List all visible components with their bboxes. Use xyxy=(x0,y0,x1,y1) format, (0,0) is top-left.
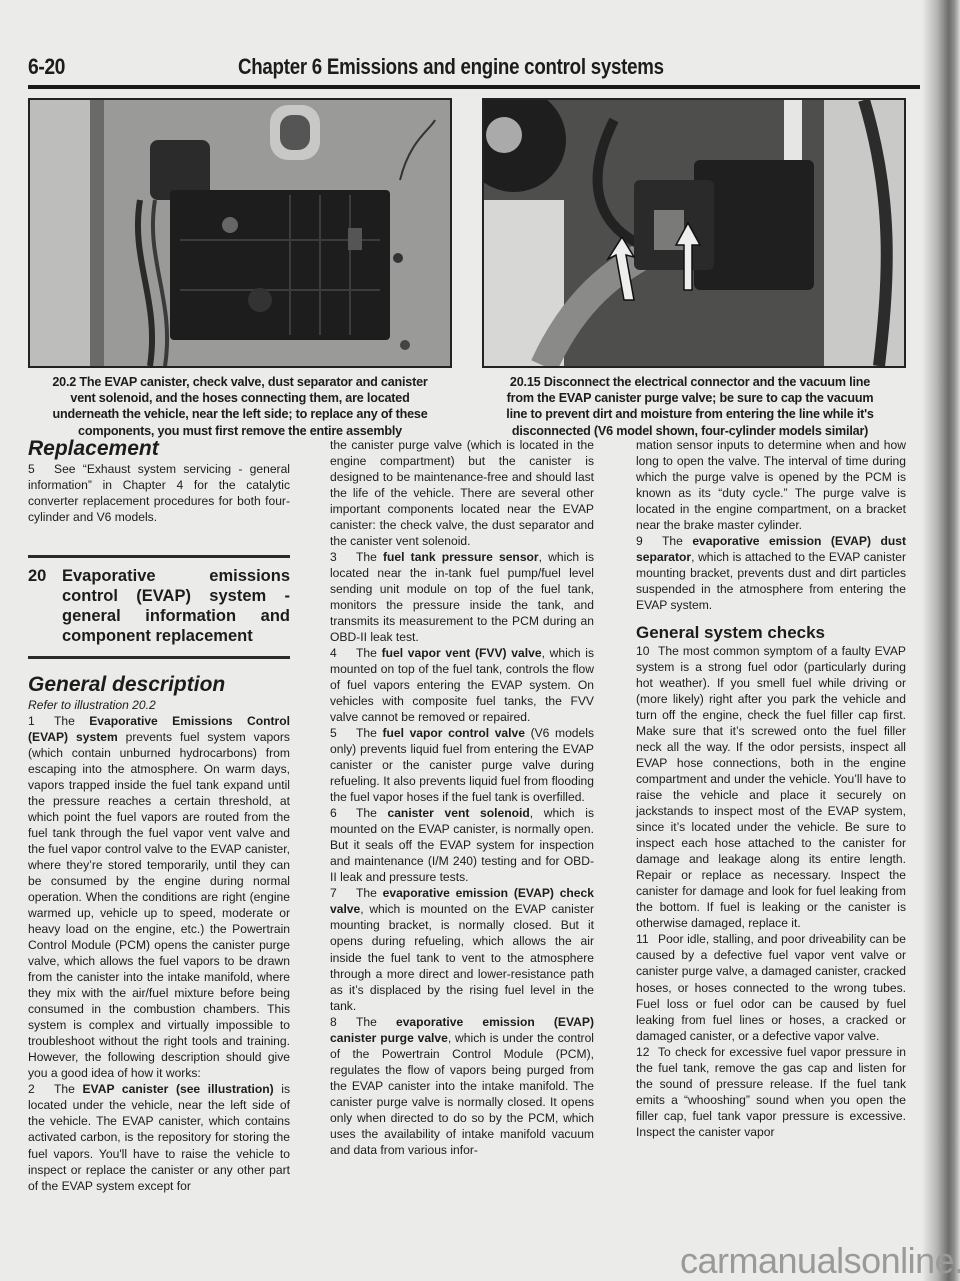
text: , which is under the control of the Powe… xyxy=(330,1031,594,1157)
figure-20-2-caption: 20.2 The EVAP canister, check valve, dus… xyxy=(20,374,460,439)
bold-term: fuel vapor control valve xyxy=(382,726,525,740)
section-number: 20 xyxy=(28,566,62,646)
page-header: 6-20 Chapter 6 Emissions and engine cont… xyxy=(28,50,918,80)
paragraph-12: 12To check for excessive fuel vapor pres… xyxy=(636,1044,906,1140)
paragraph-6: 6The canister vent solenoid, which is mo… xyxy=(330,805,594,885)
caption-line: from the EVAP canister purge valve; be s… xyxy=(470,390,910,406)
purge-valve-photo-icon xyxy=(484,100,904,366)
page-number: 6-20 xyxy=(28,54,65,80)
text: The xyxy=(54,1082,82,1096)
watermark: carmanualsonline.info xyxy=(680,1240,960,1281)
figure-20-15-photo xyxy=(482,98,906,368)
general-system-checks-heading: General system checks xyxy=(636,623,906,643)
paragraph-number: 4 xyxy=(330,645,356,661)
caption-line: vent solenoid, and the hoses connecting … xyxy=(20,390,460,406)
evap-canister-photo-icon xyxy=(30,100,450,366)
paragraph-number: 10 xyxy=(636,643,658,659)
paragraph-3: 3The fuel tank pressure sensor, which is… xyxy=(330,549,594,645)
paragraph-10: 10The most common symptom of a faulty EV… xyxy=(636,643,906,931)
paragraph-9: 9The evaporative emission (EVAP) dust se… xyxy=(636,533,906,613)
text: The xyxy=(356,646,382,660)
paragraph-1: 1The Evaporative Emissions Control (EVAP… xyxy=(28,713,290,1081)
text: , which is located near the in-tank fuel… xyxy=(330,550,594,644)
text: The xyxy=(662,534,692,548)
paragraph-4: 4The fuel vapor vent (FVV) valve, which … xyxy=(330,645,594,725)
text: To check for excessive fuel vapor pressu… xyxy=(636,1045,906,1139)
paragraph-8-head: 8The evaporative emission (EVAP) caniste… xyxy=(330,1014,594,1158)
text: The xyxy=(356,1015,396,1029)
chapter-title: Chapter 6 Emissions and engine control s… xyxy=(238,54,664,80)
paragraph-8-tail: mation sensor inputs to determine when a… xyxy=(636,437,906,533)
section-title: Evaporative emissions control (EVAP) sys… xyxy=(62,566,290,646)
paragraph-5-valve: 5The fuel vapor control valve (V6 models… xyxy=(330,725,594,805)
paragraph-text: See “Exhaust system servicing - general … xyxy=(28,462,290,524)
text: The xyxy=(356,726,382,740)
paragraph-number: 2 xyxy=(28,1081,54,1097)
paragraph-number: 6 xyxy=(330,805,356,821)
bold-term: canister vent solenoid xyxy=(387,806,529,820)
bold-term: EVAP canister (see illustration) xyxy=(82,1082,273,1096)
paragraph-number: 3 xyxy=(330,549,356,565)
header-rule xyxy=(28,85,920,89)
paragraph-number: 7 xyxy=(330,885,356,901)
text: Poor idle, stalling, and poor driveabili… xyxy=(636,932,906,1042)
figure-20-2-photo xyxy=(28,98,452,368)
text: The xyxy=(356,806,387,820)
general-description-heading: General description xyxy=(28,673,290,697)
paragraph-number: 9 xyxy=(636,533,662,549)
paragraph-number: 1 xyxy=(28,713,54,729)
replacement-heading: Replacement xyxy=(28,437,290,461)
bold-term: fuel vapor vent (FVV) valve xyxy=(382,646,542,660)
caption-line: underneath the vehicle, near the left si… xyxy=(20,406,460,422)
caption-line: 20.15 Disconnect the electrical connecto… xyxy=(470,374,910,390)
caption-line: 20.2 The EVAP canister, check valve, dus… xyxy=(20,374,460,390)
paragraph-5: 5See “Exhaust system servicing - general… xyxy=(28,461,290,525)
paragraph-number: 5 xyxy=(330,725,356,741)
section-20-heading: 20 Evaporative emissions control (EVAP) … xyxy=(28,558,290,656)
text: The most common symptom of a faulty EVAP… xyxy=(636,644,906,930)
caption-line: line to prevent dirt and moisture from e… xyxy=(470,406,910,422)
text: prevents fuel system vapors (which conta… xyxy=(28,730,290,1080)
paragraph-7: 7The evaporative emission (EVAP) check v… xyxy=(330,885,594,1013)
column-1: Replacement 5See “Exhaust system servici… xyxy=(28,437,290,1194)
figure-20-15-caption: 20.15 Disconnect the electrical connecto… xyxy=(470,374,910,439)
refer-to-illustration: Refer to illustration 20.2 xyxy=(28,697,290,713)
page-edge-shadow xyxy=(922,0,960,1281)
column-2: the canister purge valve (which is locat… xyxy=(330,437,594,1158)
text: The xyxy=(356,550,383,564)
text: The xyxy=(54,714,89,728)
paragraph-number: 8 xyxy=(330,1014,356,1030)
text: The xyxy=(356,886,383,900)
paragraph-2-head: 2The EVAP canister (see illustration) is… xyxy=(28,1081,290,1193)
paragraph-11: 11Poor idle, stalling, and poor driveabi… xyxy=(636,931,906,1043)
paragraph-2-tail: the canister purge valve (which is locat… xyxy=(330,437,594,549)
text: is located under the vehicle, near the l… xyxy=(28,1082,290,1192)
text: , which is mounted on the EVAP canister … xyxy=(330,902,594,1012)
paragraph-number: 11 xyxy=(636,931,658,947)
paragraph-number: 12 xyxy=(636,1044,658,1060)
paragraph-number: 5 xyxy=(28,461,54,477)
bold-term: fuel tank pressure sensor xyxy=(383,550,539,564)
column-3: mation sensor inputs to determine when a… xyxy=(636,437,906,1140)
